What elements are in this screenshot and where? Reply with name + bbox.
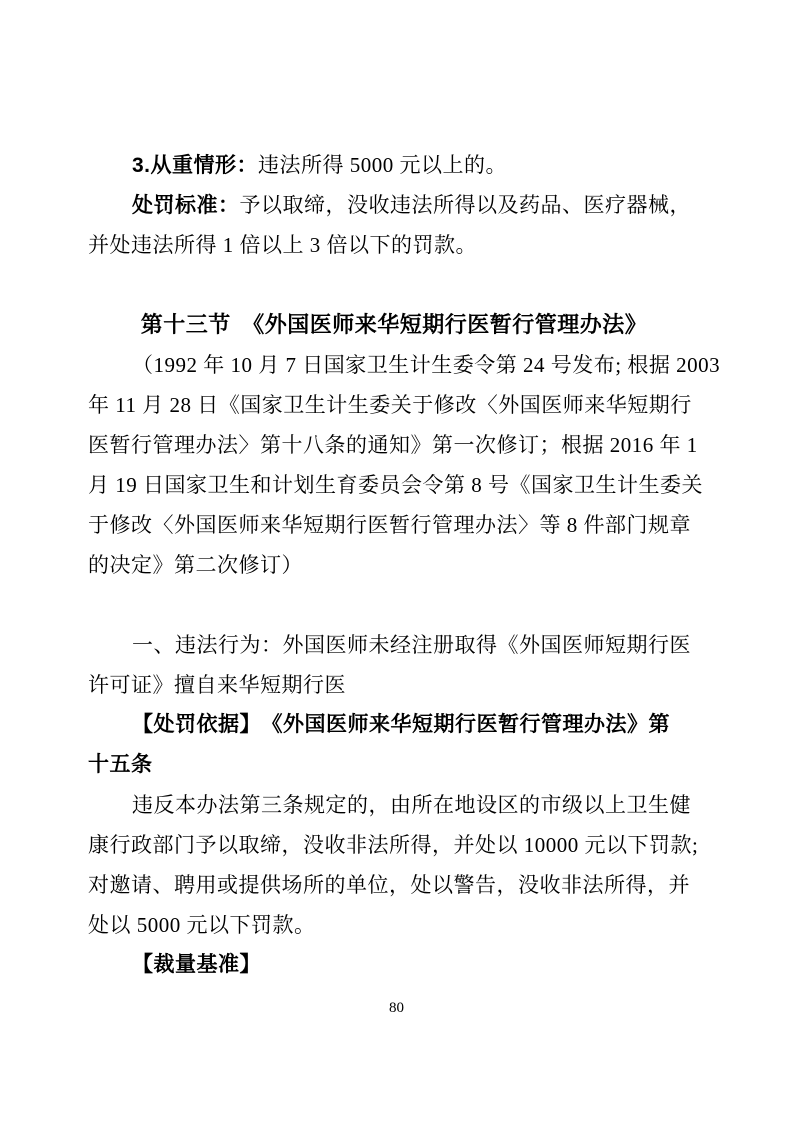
article-body-line-1: 违反本办法第三条规定的，由所在地设区的市级以上卫生健 [88, 785, 700, 825]
document-page: 3.从重情形：违法所得 5000 元以上的。 处罚标准：予以取缔，没收违法所得以… [0, 0, 793, 1122]
aggravated-circumstance-line: 3.从重情形：违法所得 5000 元以上的。 [88, 145, 700, 185]
penalty-standard-label: 处罚标准： [132, 194, 240, 217]
violation-line-2: 许可证》擅自来华短期行医 [88, 665, 700, 705]
aggravated-circumstance-label: 3.从重情形： [132, 154, 258, 177]
discretion-heading: 【裁量基准】 [88, 945, 700, 985]
promulgation-line-1: （1992 年 10 月 7 日国家卫生计生委令第 24 号发布; 根据 200… [88, 345, 700, 385]
document-body: 3.从重情形：违法所得 5000 元以上的。 处罚标准：予以取缔，没收违法所得以… [88, 145, 700, 985]
article-body-line-2: 康行政部门予以取缔，没收非法所得，并处以 10000 元以下罚款; [88, 825, 700, 865]
section-heading: 第十三节 《外国医师来华短期行医暂行管理办法》 [88, 305, 700, 345]
promulgation-line-4: 月 19 日国家卫生和计划生育委员会令第 8 号《国家卫生计生委关 [88, 465, 700, 505]
page-number: 80 [0, 996, 793, 1020]
promulgation-line-2: 年 11 月 28 日《国家卫生计生委关于修改〈外国医师来华短期行 [88, 385, 700, 425]
promulgation-line-5: 于修改〈外国医师来华短期行医暂行管理办法〉等 8 件部门规章 [88, 505, 700, 545]
promulgation-line-3: 医暂行管理办法〉第十八条的通知》第一次修订；根据 2016 年 1 [88, 425, 700, 465]
article-body-line-3: 对邀请、聘用或提供场所的单位，处以警告，没收非法所得，并 [88, 865, 700, 905]
aggravated-circumstance-text: 违法所得 5000 元以上的。 [258, 153, 507, 177]
violation-line-1: 一、违法行为：外国医师未经注册取得《外国医师短期行医 [88, 625, 700, 665]
penalty-standard-text-1: 予以取缔，没收违法所得以及药品、医疗器械， [240, 193, 692, 217]
article-body-line-4: 处以 5000 元以下罚款。 [88, 905, 700, 945]
promulgation-line-6: 的决定》第二次修订） [88, 545, 700, 585]
penalty-basis-line-1: 【处罚依据】 《外国医师来华短期行医暂行管理办法》第 [88, 705, 700, 745]
penalty-basis-line-2: 十五条 [88, 745, 700, 785]
penalty-standard-line-2: 并处违法所得 1 倍以上 3 倍以下的罚款。 [88, 225, 700, 265]
penalty-standard-line-1: 处罚标准：予以取缔，没收违法所得以及药品、医疗器械， [88, 185, 700, 225]
